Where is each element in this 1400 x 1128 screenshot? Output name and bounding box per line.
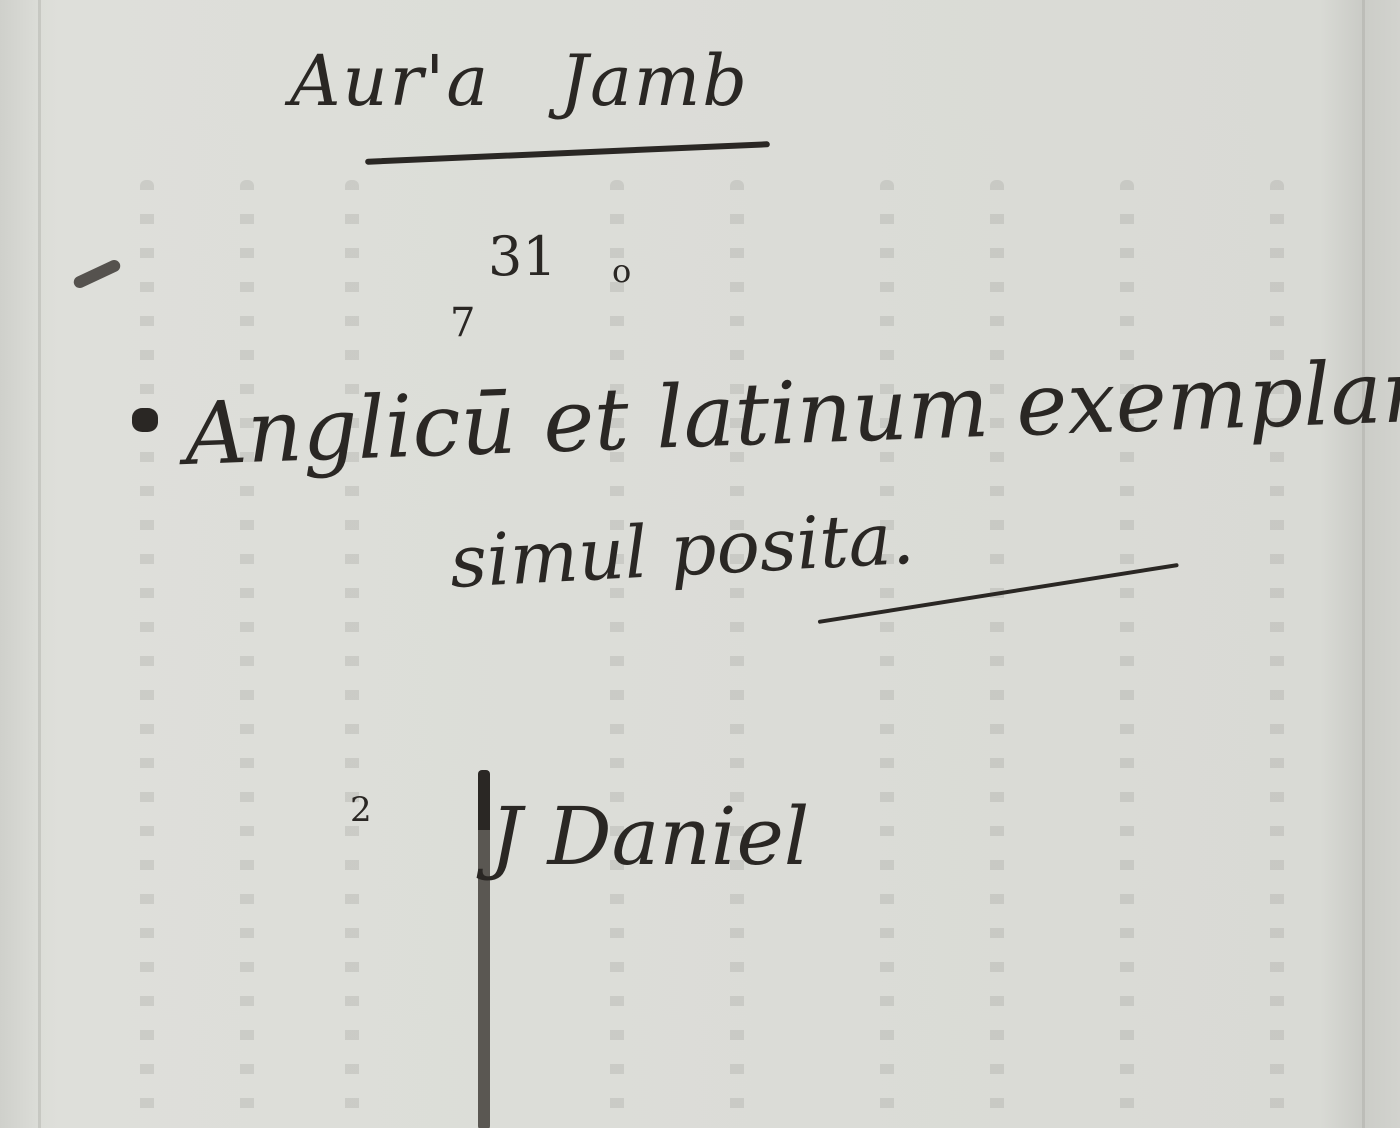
heading: Aur'aJamb: [290, 40, 749, 122]
heading-word-1: Aur'a: [290, 40, 490, 122]
heading-word-2: Jamb: [560, 40, 749, 122]
side-numeral: 7: [450, 300, 475, 346]
bleed-through-column: [1270, 180, 1284, 1128]
margin-numeral: 2: [350, 790, 372, 830]
folio-number: 31: [488, 225, 557, 288]
manuscript-page: Aur'aJamb 31 o 7 Anglicū et latinum exem…: [0, 0, 1400, 1128]
page-fold-left: [38, 0, 41, 1128]
bleed-through-column: [345, 180, 359, 1128]
bleed-through-column: [880, 180, 894, 1128]
margin-ink-blot: [132, 408, 158, 432]
heading-underline: [365, 141, 770, 165]
bleed-through-column: [240, 180, 254, 1128]
bleed-through-column: [990, 180, 1004, 1128]
folio-mark: o: [612, 252, 631, 290]
bleed-through-column: [610, 180, 624, 1128]
page-fold-right: [1362, 0, 1365, 1128]
margin-ink-mark: [72, 258, 122, 290]
bleed-through-column: [1120, 180, 1134, 1128]
signature: J Daniel: [490, 790, 809, 883]
vertical-ink-stroke: [478, 770, 490, 1128]
body-line-1: Anglicū et latinum exemplar: [183, 342, 1400, 485]
bleed-through-column: [730, 180, 744, 1128]
body-line-2: simul posita.: [448, 496, 916, 604]
bleed-through-column: [140, 180, 154, 1128]
